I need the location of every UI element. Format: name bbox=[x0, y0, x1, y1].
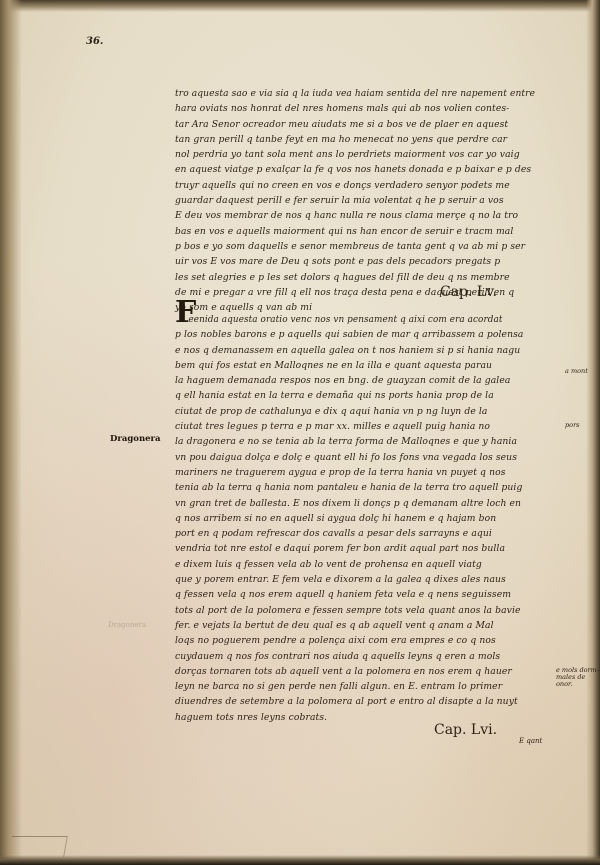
page-edge-left bbox=[0, 0, 22, 865]
text-line: q fessen vela q nos erem aquell q haniem… bbox=[175, 587, 535, 602]
text-line: vn gran tret de ballesta. E nos dixem li… bbox=[175, 496, 535, 511]
text-line: guardar daquest perill e fer seruir la m… bbox=[175, 193, 535, 208]
text-line: en aquest viatge p exalçar la fe q vos n… bbox=[175, 162, 535, 177]
paragraph-1: tro aquesta sao e via sia q la iuda vea … bbox=[175, 86, 535, 315]
chapter-heading: Cap. Lv. bbox=[440, 284, 497, 300]
text-line: bas en vos e aquells maiorment qui ns ha… bbox=[175, 224, 535, 239]
text-line: cuydauem q nos fos contrari nos aiuda q … bbox=[175, 649, 535, 664]
page-edge-bottom bbox=[0, 855, 600, 865]
margin-note-right: e mols dorm-males deonor. bbox=[556, 667, 600, 688]
catchword: E qant bbox=[519, 737, 542, 745]
manuscript-page: 36. tro aquesta sao e via sia q la iuda … bbox=[0, 0, 600, 865]
text-line: p los nobles barons e p aquells qui sabi… bbox=[175, 327, 535, 342]
page-tear-mark bbox=[8, 836, 68, 857]
text-line: truyr aquells qui no creen en vos e donç… bbox=[175, 178, 535, 193]
page-edge-top bbox=[0, 0, 600, 12]
margin-note-right: a mont bbox=[565, 368, 588, 375]
page-edge-right bbox=[586, 0, 600, 865]
text-line: fer. e vejats la bertut de deu qual es q… bbox=[175, 618, 535, 633]
text-line: e dixem luis q fessen vela ab lo vent de… bbox=[175, 557, 535, 572]
text-line: vn pou daigua dolça e dolç e quant ell h… bbox=[175, 450, 535, 465]
text-line: hara oviats nos honrat del nres homens m… bbox=[175, 101, 535, 116]
text-line: la haguem demanada respos nos en bng. de… bbox=[175, 373, 535, 388]
text-line: que y porem entrar. E fem vela e dixorem… bbox=[175, 572, 535, 587]
text-line: q ell hania estat en la terra e demaña q… bbox=[175, 388, 535, 403]
text-line: diuendres de setembre a la polomera al p… bbox=[175, 694, 535, 709]
text-line: q nos arribem si no en aquell si aygua d… bbox=[175, 511, 535, 526]
text-line: eenida aquesta oratio venc nos vn pensam… bbox=[175, 312, 521, 327]
text-line: ciutat de prop de cathalunya e dix q aqu… bbox=[175, 404, 535, 419]
margin-note-right: pors bbox=[565, 422, 580, 429]
margin-note-left: Dragonera bbox=[110, 436, 161, 443]
margin-note-left-faint: Dragonera bbox=[108, 622, 146, 629]
text-line: tenia ab la terra q hania nom pantaleu e… bbox=[175, 480, 535, 495]
text-line: leyn ne barca no si gen perde nen falli … bbox=[175, 679, 535, 694]
text-line: loqs no poguerem pendre a polença aixi c… bbox=[175, 633, 535, 648]
text-line: les set alegries e p les set dolors q ha… bbox=[175, 270, 535, 285]
text-line: bem qui fos estat en Malloqnes ne en la … bbox=[175, 358, 535, 373]
text-line: E deu vos membrar de nos q hanc nulla re… bbox=[175, 208, 535, 223]
text-line: vendria tot nre estol e daqui porem fer … bbox=[175, 541, 535, 556]
margin-note-line: onor. bbox=[556, 681, 600, 688]
text-line: tan gran perill q tanbe feyt en ma ho me… bbox=[175, 132, 535, 147]
text-line: port en q podam refrescar dos cavalls a … bbox=[175, 526, 535, 541]
folio-number: 36. bbox=[86, 36, 103, 47]
text-line: mariners ne traguerem aygua e prop de la… bbox=[175, 465, 535, 480]
text-line: tro aquesta sao e via sia q la iuda vea … bbox=[175, 86, 531, 101]
text-line: tar Ara Senor ocreador meu aiudats me si… bbox=[175, 117, 535, 132]
text-line: nol perdria yo tant sola ment ans lo per… bbox=[175, 147, 535, 162]
text-line: dorças tornaren tots ab aquell vent a la… bbox=[175, 664, 535, 679]
text-line: e nos q demanassem en aquella galea on t… bbox=[175, 343, 535, 358]
text-line: tots al port de la polomera e fessen sem… bbox=[175, 603, 535, 618]
text-line: p bos e yo som daquells e senor membreus… bbox=[175, 239, 535, 254]
text-line: uir vos E vos mare de Deu q sots pont e … bbox=[175, 254, 535, 269]
chapter-heading: Cap. Lvi. bbox=[434, 722, 497, 738]
text-line: ciutat tres legues p terra e p mar xx. m… bbox=[175, 419, 535, 434]
paragraph-2: eenida aquesta oratio venc nos vn pensam… bbox=[175, 312, 535, 725]
text-line: la dragonera e no se tenia ab la terra f… bbox=[175, 434, 535, 449]
